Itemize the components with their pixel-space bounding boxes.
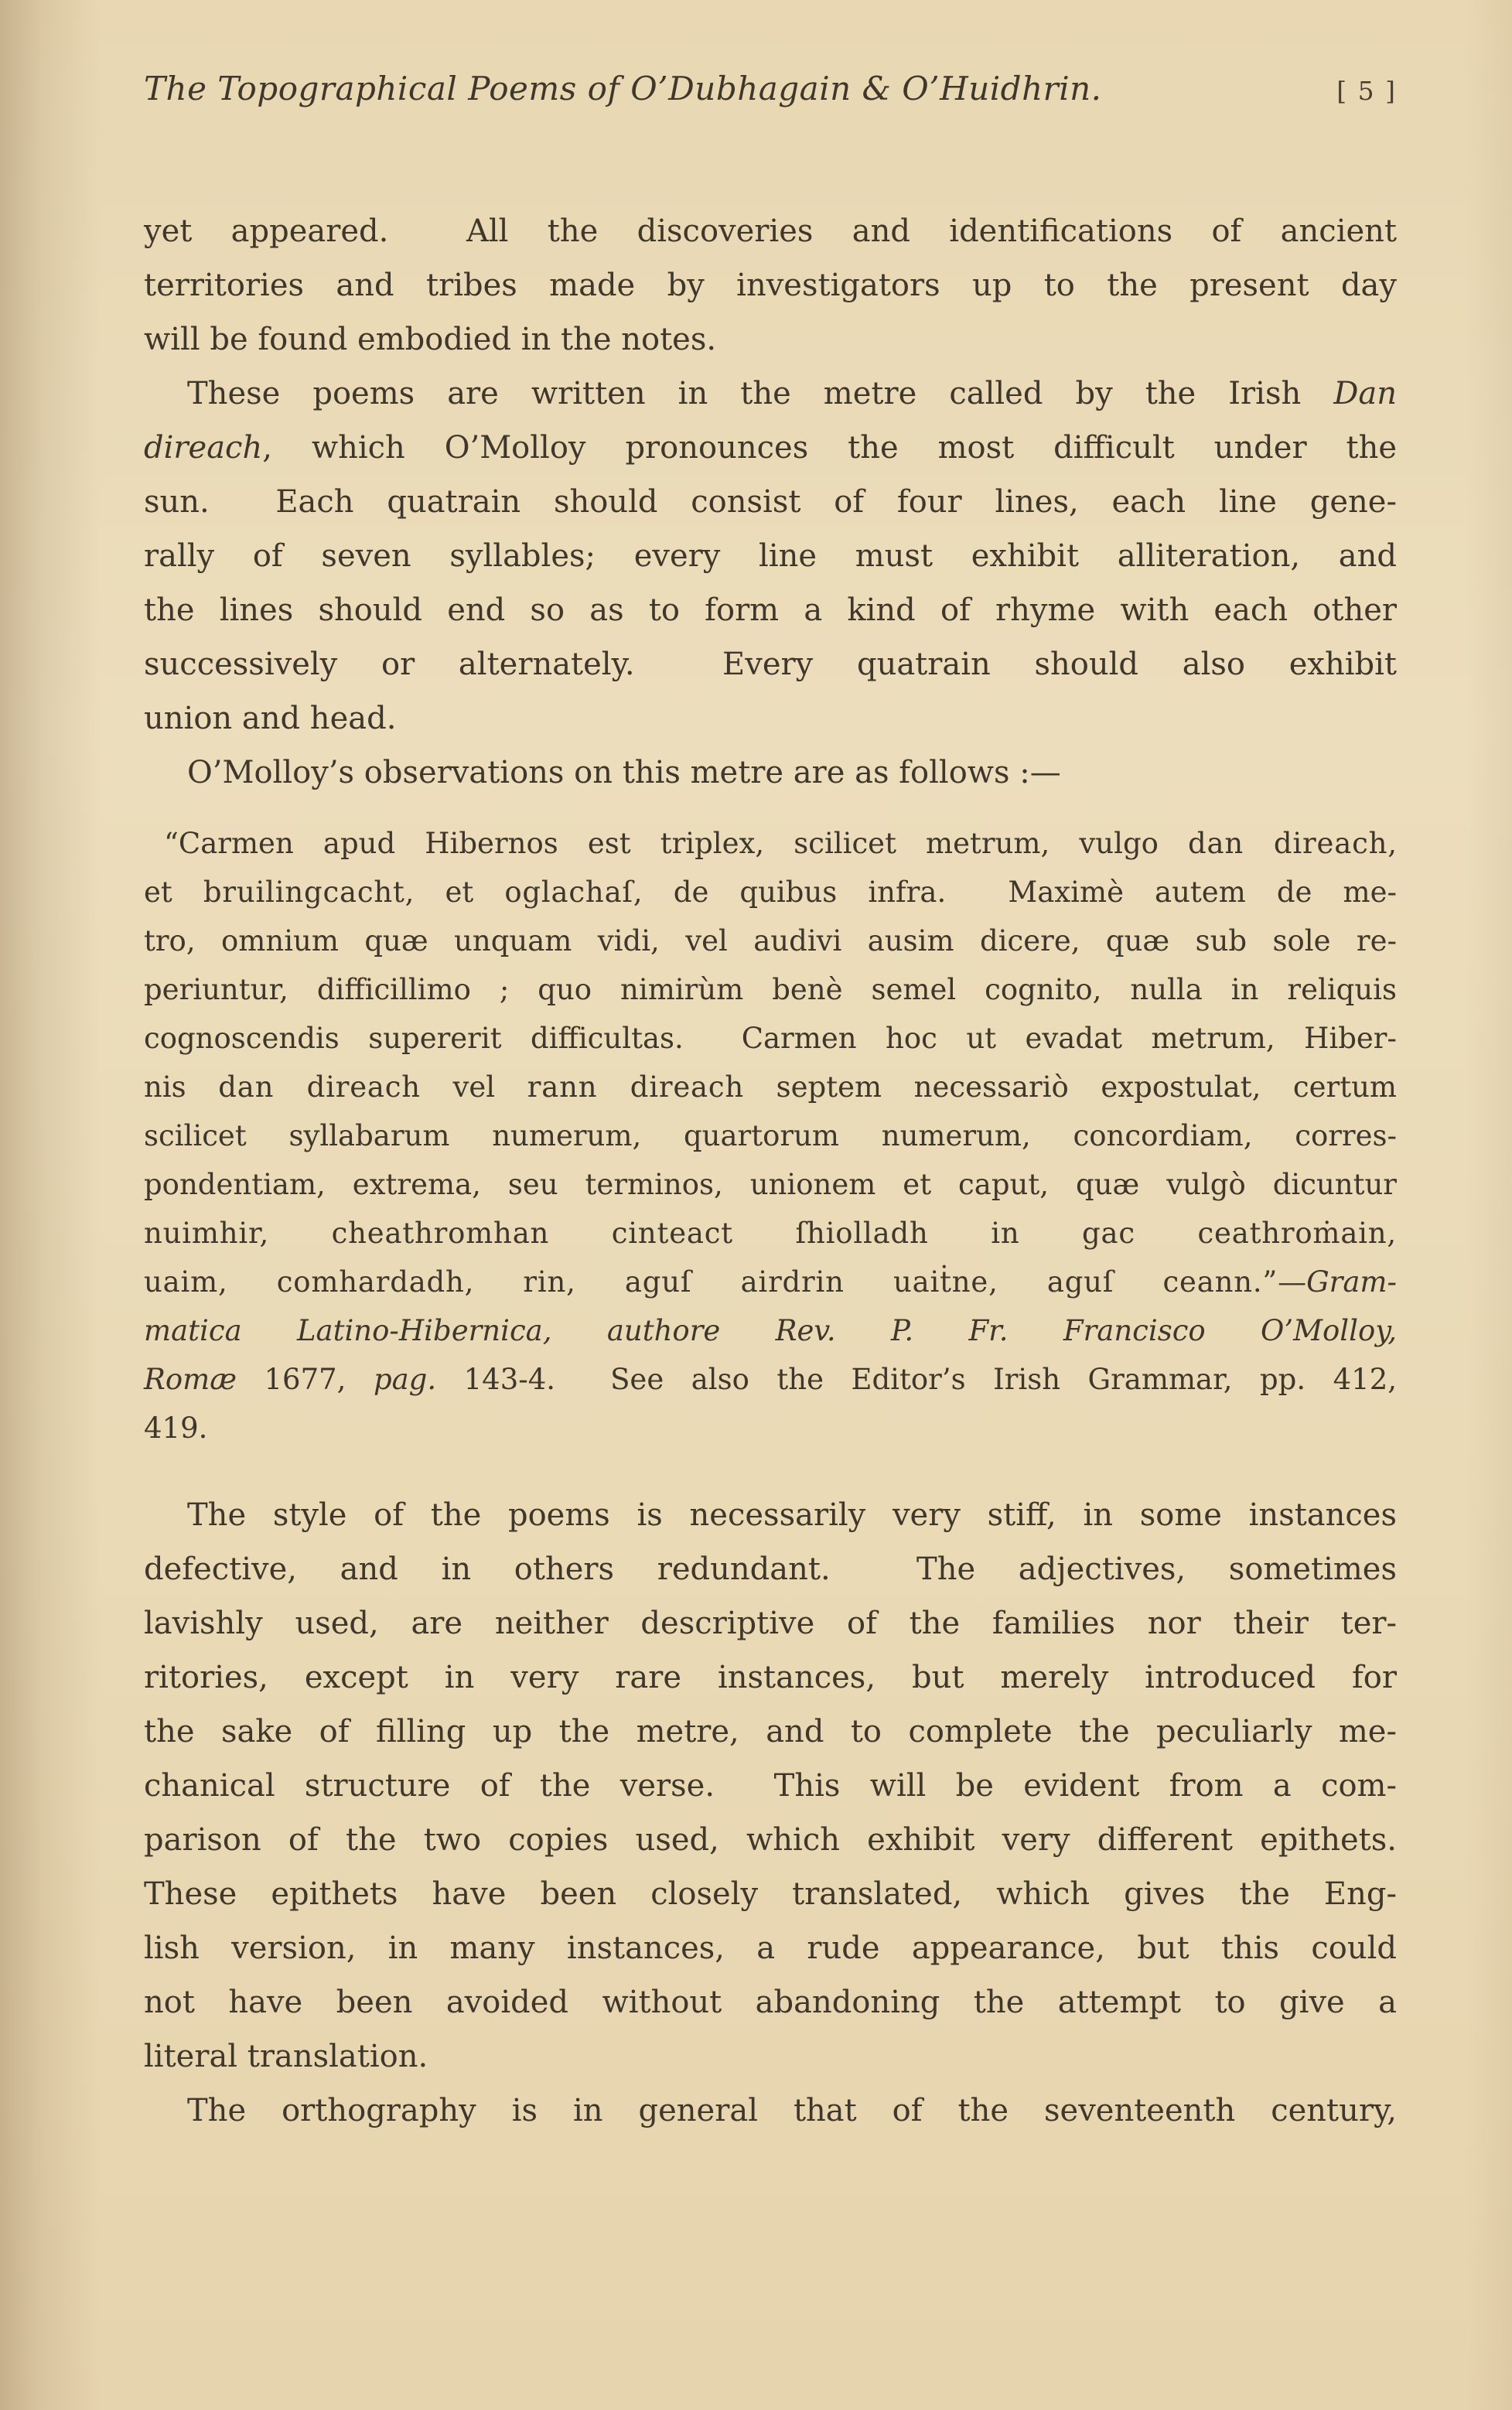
text-line: chanical structure of the verse. This wi…	[144, 1759, 1397, 1813]
text-line: “Carmen apud Hibernos est triplex, scili…	[144, 819, 1397, 868]
text-line: pondentiam, extrema, seu terminos, union…	[144, 1160, 1397, 1209]
gaelic-text: nuimhir, cheathromhan cinteact ſhiolladh…	[144, 1217, 1397, 1250]
roman-text: —	[1278, 1265, 1306, 1299]
roman-text: yet appeared. All the discoveries and id…	[144, 213, 1397, 249]
roman-text: 1677,	[237, 1363, 374, 1396]
text-line: the lines should end so as to form a kin…	[144, 583, 1397, 637]
text-line: uaim, comhardadh, rin, aguſ airdrin uaiṫ…	[144, 1258, 1397, 1306]
text-line: defective, and in others redundant. The …	[144, 1542, 1397, 1596]
roman-text: defective, and in others redundant. The …	[144, 1551, 1397, 1587]
roman-text: O’Molloy’s observations on this metre ar…	[187, 755, 1061, 790]
roman-text: not have been avoided without abandoning…	[144, 1985, 1397, 2020]
paragraphs-style: The style of the poems is necessarily ve…	[144, 1488, 1397, 2138]
italic-text: pag.	[374, 1363, 436, 1396]
roman-text: 143-4. See also the Editor’s Irish Gramm…	[436, 1363, 1397, 1396]
text-line: yet appeared. All the discoveries and id…	[144, 204, 1397, 258]
text-line: These epithets have been closely transla…	[144, 1867, 1397, 1921]
italic-text: Gram-	[1306, 1265, 1397, 1299]
page-text: yet appeared. All the discoveries and id…	[144, 204, 1397, 2138]
running-header: The Topographical Poems of O’Dubhagain &…	[144, 62, 1397, 118]
gaelic-text: uaim, comhardadh, rin, aguſ airdrin uaiṫ…	[144, 1265, 1278, 1299]
text-line: O’Molloy’s observations on this metre ar…	[144, 746, 1397, 800]
roman-text: These epithets have been closely transla…	[144, 1876, 1397, 1912]
roman-text: literal translation.	[144, 2039, 428, 2074]
gaelic-text: dan direach	[218, 1070, 421, 1104]
roman-text: , et	[405, 876, 505, 909]
text-line: scilicet syllabarum numerum, quartorum n…	[144, 1111, 1397, 1160]
text-line: nuimhir, cheathromhan cinteact ſhiolladh…	[144, 1209, 1397, 1258]
header-title: The Topographical Poems of O’Dubhagain &…	[144, 62, 1102, 116]
roman-text: , which O’Molloy pronounces the most dif…	[262, 430, 1397, 466]
roman-text: , de quibus infra. Maximè autem de me-	[633, 876, 1397, 909]
roman-text: parison of the two copies used, which ex…	[144, 1822, 1397, 1858]
roman-text: pondentiam, extrema, seu terminos, union…	[144, 1168, 1397, 1201]
header-page-number: [ 5 ]	[1336, 64, 1397, 118]
text-line: ritories, except in very rare instances,…	[144, 1650, 1397, 1705]
roman-text: ,	[1387, 827, 1397, 860]
text-line: The orthography is in general that of th…	[144, 2084, 1397, 2138]
text-line: These poems are written in the metre cal…	[144, 367, 1397, 421]
paragraphs-intro: yet appeared. All the discoveries and id…	[144, 204, 1397, 800]
roman-text: The style of the poems is necessarily ve…	[187, 1497, 1397, 1533]
italic-text: direach	[144, 430, 262, 466]
gaelic-text: dan direach	[1188, 827, 1387, 860]
roman-text: septem necessariò expostulat, certum	[744, 1070, 1397, 1104]
roman-text: “Carmen apud Hibernos est triplex, scili…	[164, 827, 1188, 860]
roman-text: 419.	[144, 1412, 207, 1445]
text-line: periuntur, difficillimo ; quo nimirùm be…	[144, 965, 1397, 1014]
text-line: literal translation.	[144, 2029, 1397, 2084]
text-line: not have been avoided without abandoning…	[144, 1975, 1397, 2029]
text-line: sun. Each quatrain should consist of fou…	[144, 475, 1397, 529]
text-line: 419.	[144, 1404, 1397, 1452]
text-line: lish version, in many instances, a rude …	[144, 1921, 1397, 1975]
roman-text: periuntur, difficillimo ; quo nimirùm be…	[144, 973, 1397, 1006]
roman-text: The orthography is in general that of th…	[187, 2093, 1397, 2128]
text-line: successively or alternately. Every quatr…	[144, 637, 1397, 691]
roman-text: union and head.	[144, 701, 396, 736]
roman-text: vel	[421, 1070, 527, 1104]
text-line: direach, which O’Molloy pronounces the m…	[144, 421, 1397, 475]
gaelic-text: oglachaſ	[504, 876, 633, 909]
roman-text: lavishly used, are neither descriptive o…	[144, 1606, 1397, 1641]
text-line: will be found embodied in the notes.	[144, 312, 1397, 367]
roman-text: will be found embodied in the notes.	[144, 322, 716, 357]
text-line: tro, omnium quæ unquam vidi, vel audivi …	[144, 917, 1397, 965]
roman-text: territories and tribes made by investiga…	[144, 268, 1397, 303]
text-line: cognoscendis supererit difficultas. Carm…	[144, 1014, 1397, 1063]
roman-text: successively or alternately. Every quatr…	[144, 647, 1397, 682]
roman-text: These poems are written in the metre cal…	[187, 376, 1333, 411]
text-line: matica Latino-Hibernica, authore Rev. P.…	[144, 1306, 1397, 1355]
text-line: Romæ 1677, pag. 143-4. See also the Edit…	[144, 1355, 1397, 1404]
text-line: union and head.	[144, 691, 1397, 746]
roman-text: nis	[144, 1070, 218, 1104]
roman-text: cognoscendis supererit difficultas. Carm…	[144, 1022, 1397, 1055]
roman-text: the lines should end so as to form a kin…	[144, 592, 1397, 628]
book-page: The Topographical Poems of O’Dubhagain &…	[0, 0, 1512, 2410]
italic-text: matica Latino-Hibernica, authore Rev. P.…	[144, 1314, 1397, 1347]
roman-text: chanical structure of the verse. This wi…	[144, 1768, 1397, 1804]
text-line: parison of the two copies used, which ex…	[144, 1813, 1397, 1867]
text-line: the sake of filling up the metre, and to…	[144, 1705, 1397, 1759]
roman-text: rally of seven syllables; every line mus…	[144, 538, 1397, 574]
text-line: The style of the poems is necessarily ve…	[144, 1488, 1397, 1542]
roman-text: ritories, except in very rare instances,…	[144, 1660, 1397, 1695]
italic-text: Dan	[1333, 376, 1397, 411]
omolloy-quotation: “Carmen apud Hibernos est triplex, scili…	[144, 819, 1397, 1452]
text-line: territories and tribes made by investiga…	[144, 258, 1397, 312]
text-line: nis dan direach vel rann direach septem …	[144, 1063, 1397, 1111]
roman-text: scilicet syllabarum numerum, quartorum n…	[144, 1119, 1397, 1152]
gaelic-text: rann direach	[527, 1070, 744, 1104]
roman-text: et	[144, 876, 203, 909]
roman-text: lish version, in many instances, a rude …	[144, 1930, 1397, 1966]
roman-text: the sake of filling up the metre, and to…	[144, 1714, 1397, 1749]
text-line: rally of seven syllables; every line mus…	[144, 529, 1397, 583]
text-line: et bruilingcacht, et oglachaſ, de quibus…	[144, 868, 1397, 917]
italic-text: Romæ	[144, 1363, 237, 1396]
text-line: lavishly used, are neither descriptive o…	[144, 1596, 1397, 1650]
gaelic-text: bruilingcacht	[203, 876, 405, 909]
roman-text: tro, omnium quæ unquam vidi, vel audivi …	[144, 924, 1397, 958]
roman-text: sun. Each quatrain should consist of fou…	[144, 484, 1397, 520]
